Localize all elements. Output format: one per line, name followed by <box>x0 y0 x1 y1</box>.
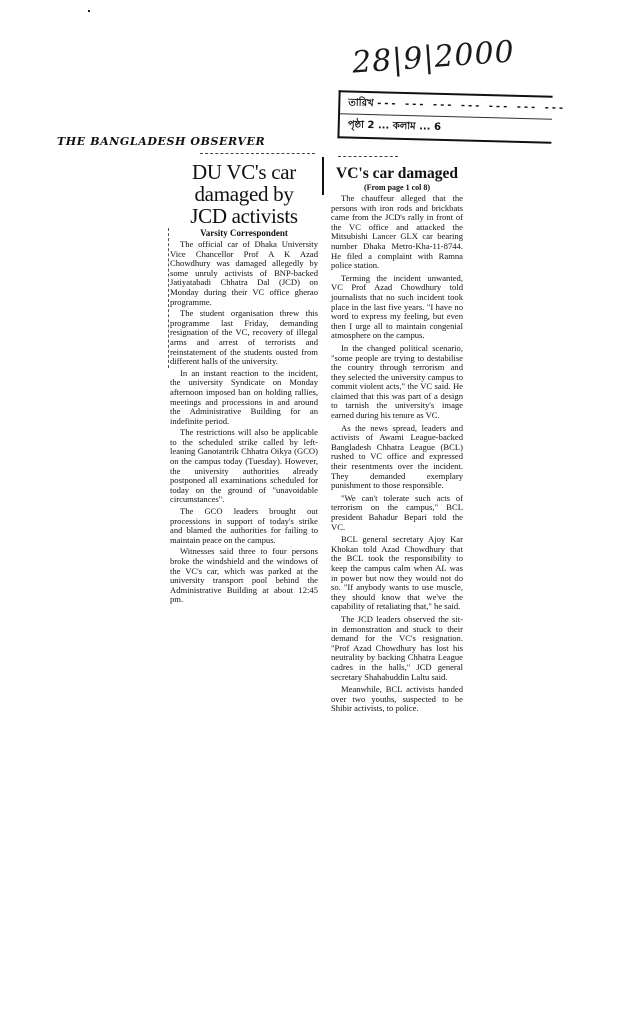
article-body: The chauffeur alleged that the persons w… <box>331 194 463 714</box>
paragraph: The official car of Dhaka University Vic… <box>170 240 318 307</box>
column-divider <box>322 157 324 195</box>
stamp-column-value: 6 <box>434 122 441 133</box>
headline-line: JCD activists <box>170 205 318 227</box>
stamp-page-value: 2 <box>367 120 374 131</box>
top-dashed-rule <box>200 153 315 154</box>
paragraph: The restrictions will also be applicable… <box>170 428 318 505</box>
scan-speck <box>88 10 90 12</box>
headline-line: damaged by <box>170 183 318 205</box>
paragraph: BCL general secretary Ajoy Kar Khokan to… <box>331 535 463 612</box>
paragraph: The student organisation threw this prog… <box>170 309 318 367</box>
stamp-column-label: ... কলাম ... <box>378 120 431 132</box>
continuation-article: VC's car damaged (From page 1 col 8) The… <box>331 165 463 714</box>
jump-line: (From page 1 col 8) <box>331 183 463 192</box>
stamp-date-label: তারিখ <box>348 97 374 109</box>
continuation-headline: VC's car damaged <box>331 165 463 182</box>
handwritten-date: 28|9|2000 <box>351 34 516 80</box>
stamp-date-fill: --- --- --- --- --- --- --- <box>377 98 566 114</box>
byline: Varsity Correspondent <box>170 228 318 238</box>
top-dashed-rule-right <box>338 156 398 157</box>
paragraph: The GCO leaders brought out processions … <box>170 507 318 545</box>
main-article: DU VC's car damaged by JCD activists Var… <box>170 161 318 605</box>
main-headline: DU VC's car damaged by JCD activists <box>170 161 318 227</box>
clipping-stamp: তারিখ --- --- --- --- --- --- --- পৃষ্ঠা… <box>337 90 552 144</box>
stamp-page-label: পৃষ্ঠা <box>348 119 364 130</box>
paragraph: Meanwhile, BCL activists handed over two… <box>331 685 463 714</box>
paragraph: "We can't tolerate such acts of terroris… <box>331 494 463 532</box>
paragraph: In the changed political scenario, "some… <box>331 344 463 421</box>
paragraph: Witnesses said three to four persons bro… <box>170 547 318 605</box>
article-body: The official car of Dhaka University Vic… <box>170 240 318 605</box>
headline-line: DU VC's car <box>170 161 318 183</box>
paragraph: As the news spread, leaders and activist… <box>331 424 463 491</box>
newspaper-masthead: THE BANGLADESH OBSERVER <box>57 135 265 148</box>
paragraph: The chauffeur alleged that the persons w… <box>331 194 463 271</box>
paragraph: The JCD leaders observed the sit-in demo… <box>331 615 463 682</box>
paragraph: Terming the incident unwanted, VC Prof A… <box>331 274 463 341</box>
paragraph: In an instant reaction to the incident, … <box>170 369 318 427</box>
